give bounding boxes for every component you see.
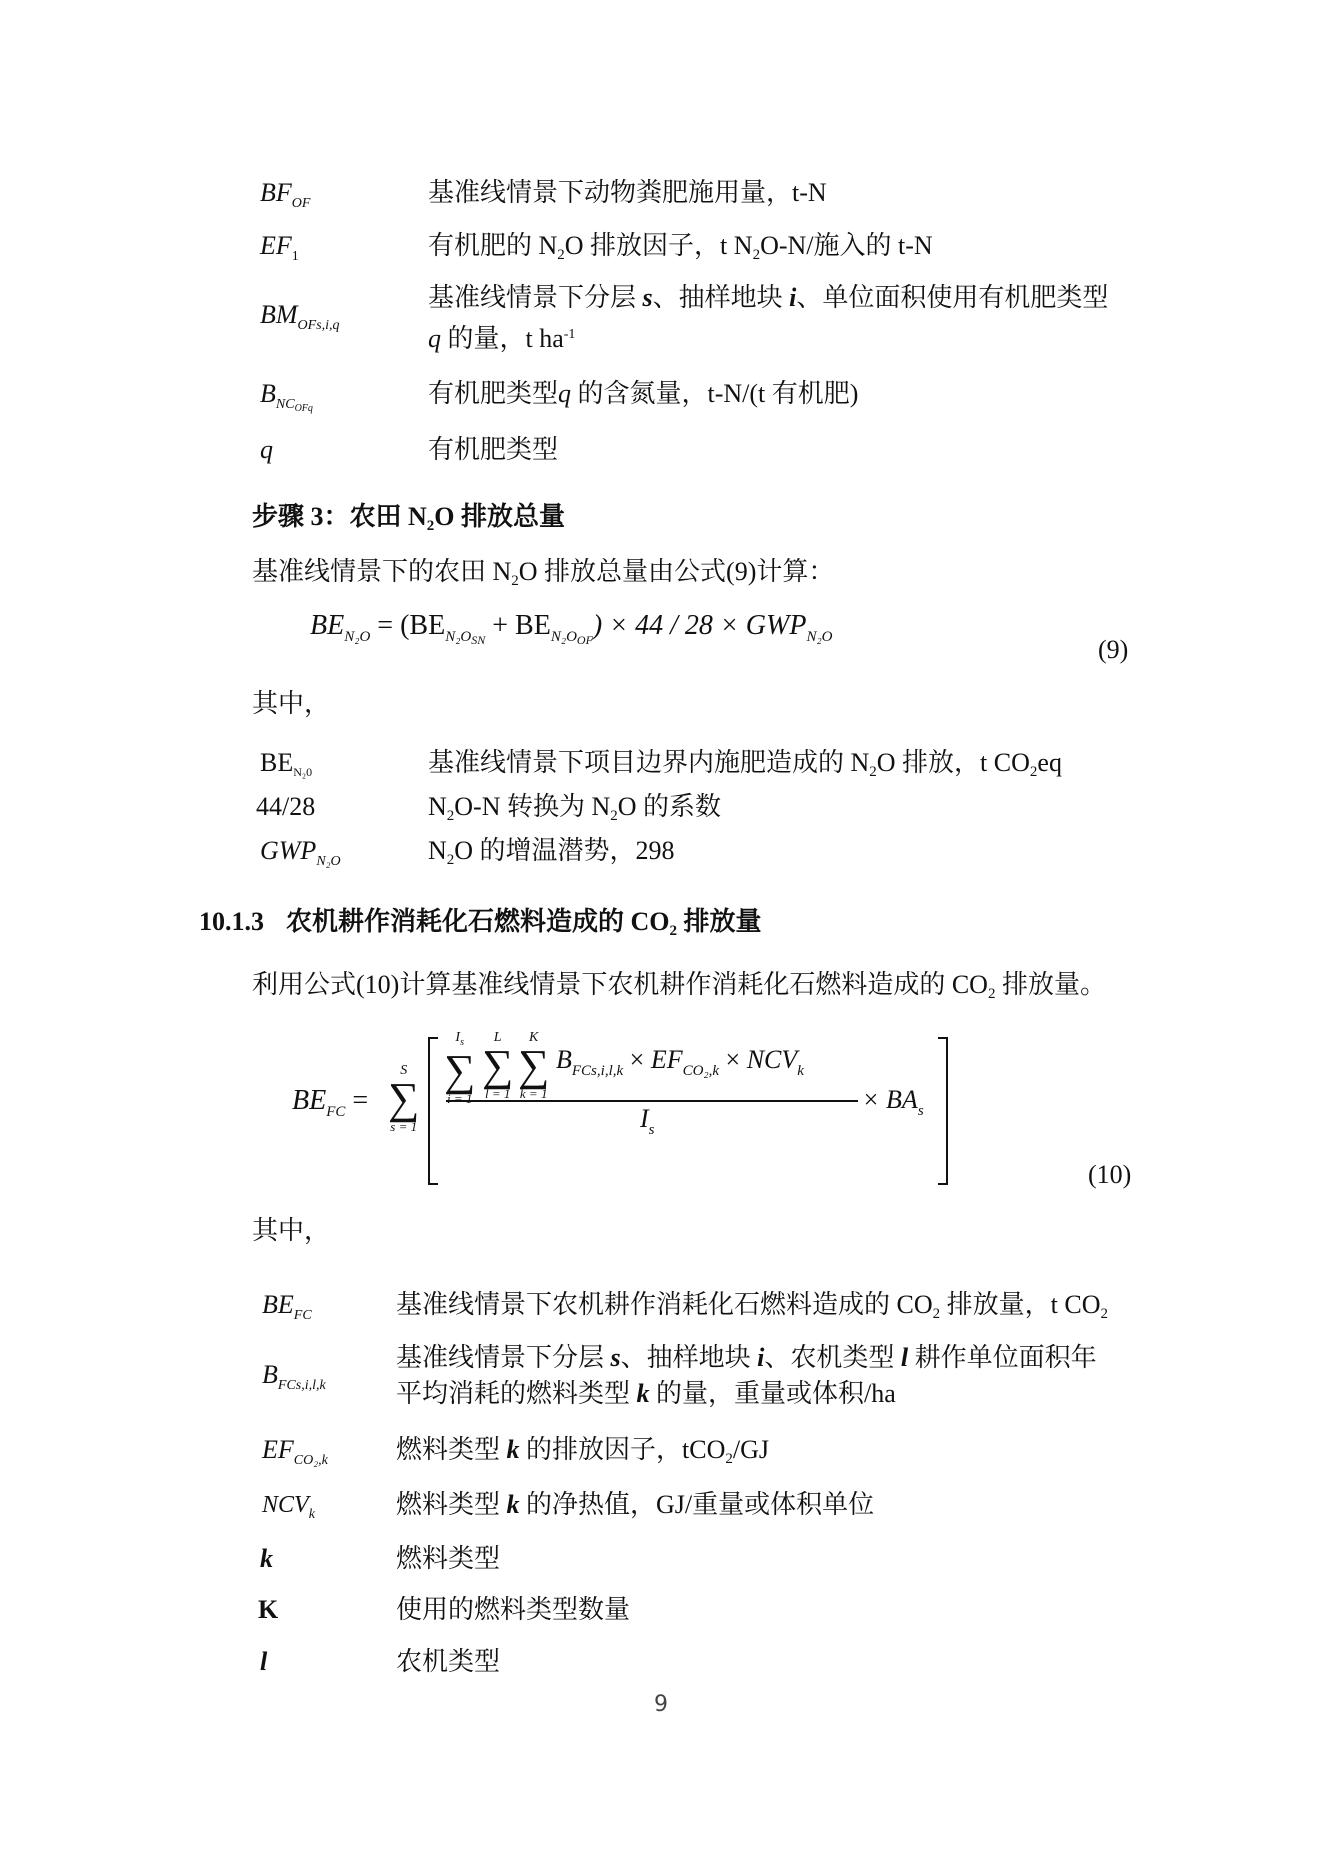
definition-gwp-n2o: N2O 的增温潜势，298 — [428, 836, 675, 875]
left-bracket — [428, 1037, 438, 1185]
definition-l: 农机类型 — [396, 1647, 500, 1677]
definition-q: 有机肥类型 — [428, 435, 558, 465]
symbol-be-fc: BEFC — [262, 1290, 312, 1331]
symbol-ef1: EF1 — [260, 231, 299, 272]
symbol-b-fcsilk: BFCs,i,l,k — [262, 1360, 326, 1401]
symbol-q: q — [260, 435, 273, 465]
sum-l-symbol: L ∑ l = 1 — [482, 1030, 513, 1102]
symbol-bf-of: BFOF — [260, 178, 310, 219]
right-bracket — [938, 1037, 948, 1185]
equation-10-number: (10) — [1088, 1160, 1131, 1190]
symbol-l: l — [260, 1647, 267, 1677]
definition-44-28: N2O-N 转换为 N2O 的系数 — [428, 792, 721, 831]
section-10-1-3-where: 其中， — [252, 1216, 330, 1246]
definition-be-n2o: 基准线情景下项目边界内施肥造成的 N2O 排放，t CO2eq — [428, 748, 1062, 787]
symbol-44-28: 44/28 — [256, 792, 315, 822]
definition-ef-co2-k: 燃料类型 k 的排放因子，tCO2/GJ — [396, 1435, 769, 1474]
definition-ef1: 有机肥的 N2O 排放因子，t N2O-N/施入的 t-N — [428, 231, 933, 270]
symbol-ef-co2-k: EFCO₂,k — [262, 1435, 328, 1476]
symbol-gwp-n2o: GWPN₂O — [260, 836, 341, 877]
equation-10-lhs: BEFC = — [292, 1085, 368, 1121]
symbol-k-lower: k — [260, 1544, 273, 1574]
symbol-k-upper: K — [258, 1595, 278, 1625]
sum-i-symbol: Is ∑ i = 1 — [444, 1030, 475, 1107]
symbol-b-nc-ofq: BNCOFq — [260, 379, 313, 424]
definition-k-upper: 使用的燃料类型数量 — [396, 1595, 630, 1625]
definition-ncv-k: 燃料类型 k 的净热值，GJ/重量或体积单位 — [396, 1490, 874, 1520]
definition-bm-line1: 基准线情景下分层 s、抽样地块 i、单位面积使用有机肥类型 — [428, 283, 1108, 313]
definition-b-nc-ofq: 有机肥类型q 的含氮量，t-N/(t 有机肥) — [428, 379, 858, 409]
sum-k-symbol: K ∑ k = 1 — [518, 1030, 549, 1102]
definition-b-fcsilk-line2: 平均消耗的燃料类型 k 的量，重量或体积/ha — [396, 1379, 896, 1409]
section-10-1-3-heading: 10.1.3农机耕作消耗化石燃料造成的 CO2 排放量 — [199, 901, 762, 940]
step3-intro: 基准线情景下的农田 N2O 排放总量由公式(9)计算： — [252, 557, 834, 596]
equation-10-tail: × BAs — [862, 1085, 924, 1120]
definition-be-fc: 基准线情景下农机耕作消耗化石燃料造成的 CO2 排放量，t CO2 — [396, 1290, 1108, 1329]
symbol-be-n2o: BEN₂0 — [260, 748, 312, 787]
step3-heading: 步骤 3：农田 N2O 排放总量 — [252, 496, 565, 535]
equation-9-number: (9) — [1098, 635, 1128, 665]
outer-sum-symbol: S ∑ s = 1 — [388, 1063, 419, 1135]
section-10-1-3-intro: 利用公式(10)计算基准线情景下农机耕作消耗化石燃料造成的 CO2 排放量。 — [252, 970, 1106, 1009]
symbol-bm-ofsiq: BMOFs,i,q — [260, 300, 340, 341]
equation-10-denominator: Is — [640, 1104, 655, 1139]
page-number: 9 — [654, 1692, 668, 1717]
definition-bm-line2: q 的量，t ha-1 — [428, 320, 575, 354]
symbol-ncv-k: NCVk — [262, 1490, 315, 1530]
definition-k-lower: 燃料类型 — [396, 1544, 500, 1574]
equation-10-numerator: BFCs,i,l,k × EFCO₂,k × NCVk — [556, 1045, 804, 1080]
step3-where: 其中， — [252, 689, 330, 719]
definition-b-fcsilk-line1: 基准线情景下分层 s、抽样地块 i、农机类型 l 耕作单位面积年 — [396, 1343, 1097, 1373]
fraction-bar — [446, 1100, 858, 1102]
definition-bf-of: 基准线情景下动物粪肥施用量，t-N — [428, 178, 827, 208]
equation-9: BEN₂O = (BEN₂OSN + BEN₂OOF) × 44 / 28 × … — [310, 610, 833, 648]
